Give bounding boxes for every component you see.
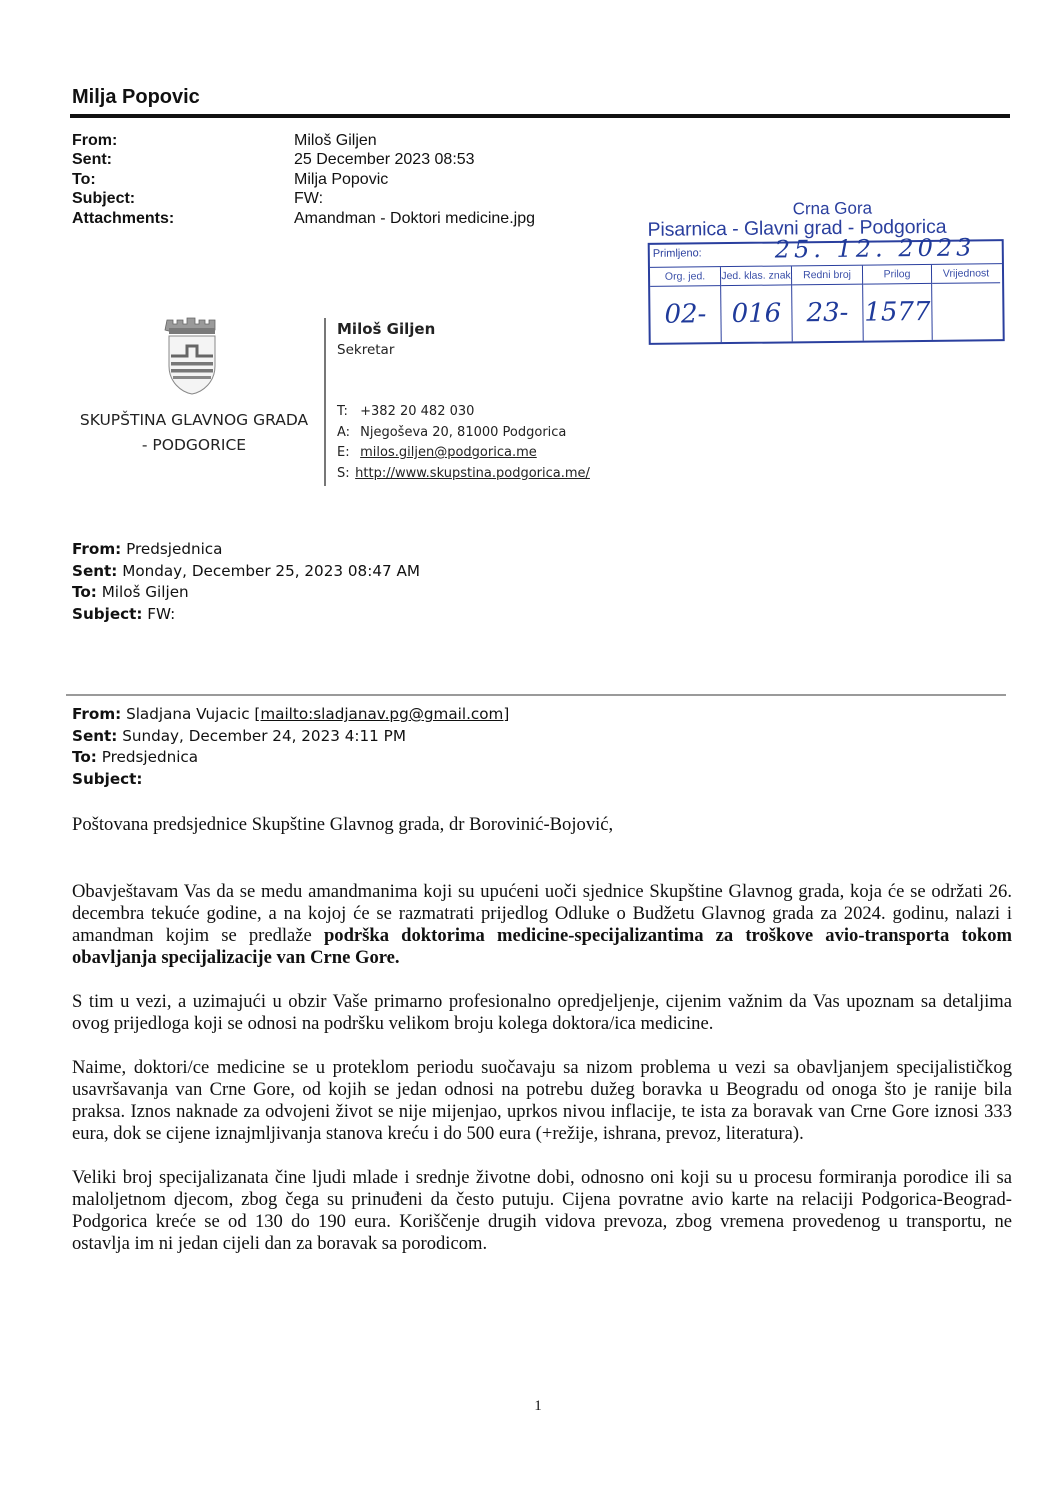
mailto-link[interactable]: [mailto:sladjanav.pg@gmail.com] (254, 705, 509, 723)
paragraph-1: Obavještavam Vas da se medu amandmanima … (72, 881, 1012, 969)
value: Predsjednica (126, 540, 222, 558)
greeting: Poštovana predsjednice Skupštine Glavnog… (72, 814, 1012, 836)
fwd1-to: To: Miloš Giljen (72, 582, 420, 604)
stamp-col-value: 1577 (863, 284, 932, 341)
stamp-col-class: Jed. klas. znak 016 (721, 266, 793, 342)
document-owner-title: Milja Popovic (72, 86, 200, 109)
contact-key: E: (337, 443, 356, 464)
label: Subject: (72, 605, 142, 623)
header-value: 25 December 2023 08:53 (294, 150, 475, 169)
fwd1-subject: Subject: FW: (72, 604, 420, 626)
paragraph-4: Veliki broj specijalizanata čine ljudi m… (72, 1167, 1012, 1255)
paragraph-2: S tim u vezi, a uzimajući u obzir Vaše p… (72, 991, 1012, 1035)
fwd2-to: To: Predsjednica (72, 747, 509, 769)
signature-role: Sekretar (337, 340, 590, 360)
value: Monday, December 25, 2023 08:47 AM (122, 562, 420, 580)
fwd1-sent: Sent: Monday, December 25, 2023 08:47 AM (72, 561, 420, 583)
stamp-col-header: Jed. klas. znak (721, 266, 791, 286)
contact-address: A: Njegoševa 20, 81000 Podgorica (337, 423, 590, 444)
top-email-headers: From: Miloš Giljen Sent: 25 December 202… (72, 131, 535, 228)
value: Sladjana Vujacic (126, 705, 250, 723)
header-label: To: (72, 170, 294, 189)
label: To: (72, 583, 97, 601)
stamp-table: Primljeno: 25. 12. 2023 Org. jed. 02- Je… (648, 239, 1005, 345)
value: Miloš Giljen (102, 583, 189, 601)
label: From: (72, 705, 121, 723)
fwd2-sent: Sent: Sunday, December 24, 2023 4:11 PM (72, 726, 509, 748)
signature-divider (324, 318, 326, 486)
stamp-col-value: 016 (721, 285, 792, 342)
contact-value: +382 20 482 030 (360, 404, 474, 419)
signature-block: Miloš Giljen Sekretar T: +382 20 482 030… (337, 318, 590, 484)
forward-headers-1: From: Predsjednica Sent: Monday, Decembe… (72, 539, 420, 625)
stamp-col-header: Org. jed. (650, 267, 720, 287)
label: Subject: (72, 770, 142, 788)
organization-name: SKUPŠTINA GLAVNOG GRADA - PODGORICE (60, 408, 328, 458)
stamp-received-date: 25. 12. 2023 (775, 233, 976, 263)
contact-key: S: (337, 464, 351, 485)
value: FW: (147, 605, 175, 623)
attachment-link[interactable]: Amandman - Doktori medicine.jpg (294, 209, 535, 228)
header-value: Milja Popovic (294, 170, 388, 189)
title-rule (70, 114, 1010, 118)
stamp-col-header: Prilog (863, 265, 931, 285)
contact-key: T: (337, 402, 356, 423)
header-label: Subject: (72, 189, 294, 208)
label: To: (72, 748, 97, 766)
value: Sunday, December 24, 2023 4:11 PM (122, 727, 406, 745)
stamp-col-value (932, 283, 1001, 340)
page-number: 1 (0, 1398, 1058, 1415)
stamp-col-header: Vrijednost (932, 264, 1000, 284)
stamp-col-header: Redni broj (792, 266, 862, 286)
contact-email: E: milos.giljen@podgorica.me (337, 443, 590, 464)
header-label: From: (72, 131, 294, 150)
message-divider (66, 694, 1006, 696)
header-value: Miloš Giljen (294, 131, 377, 150)
stamp-col-value: 02- (650, 286, 721, 343)
stamp-col-value: Vrijednost (932, 264, 1001, 340)
stamp-col-serial: Redni broj 23- (792, 266, 864, 342)
header-sent: Sent: 25 December 2023 08:53 (72, 150, 535, 169)
stamp-received-label: Primljeno: (653, 247, 702, 260)
header-label: Sent: (72, 150, 294, 169)
coat-of-arms-icon (161, 316, 223, 396)
signature-name: Miloš Giljen (337, 318, 590, 340)
registry-stamp: Crna Gora Pisarnica - Glavni grad - Podg… (647, 198, 1008, 345)
header-subject: Subject: FW: (72, 189, 535, 208)
signature-contacts: T: +382 20 482 030 A: Njegoševa 20, 8100… (337, 402, 590, 484)
label: Sent: (72, 727, 117, 745)
stamp-col-value: 23- (792, 285, 863, 342)
fwd1-from: From: Predsjednica (72, 539, 420, 561)
org-name-line1: SKUPŠTINA GLAVNOG GRADA (60, 408, 328, 433)
website-link[interactable]: http://www.skupstina.podgorica.me/ (355, 466, 590, 481)
fwd2-from: From: Sladjana Vujacic [mailto:sladjanav… (72, 704, 509, 726)
header-to: To: Milja Popovic (72, 170, 535, 189)
header-attachments: Attachments: Amandman - Doktori medicine… (72, 209, 535, 228)
header-label: Attachments: (72, 209, 294, 228)
stamp-col-attachment: Prilog 1577 (863, 265, 933, 341)
header-from: From: Miloš Giljen (72, 131, 535, 150)
label: From: (72, 540, 121, 558)
contact-value: Njegoševa 20, 81000 Podgorica (360, 425, 566, 440)
paragraph-3: Naime, doktori/ce medicine se u proteklo… (72, 1057, 1012, 1145)
contact-website: S: http://www.skupstina.podgorica.me/ (337, 464, 590, 485)
header-value: FW: (294, 189, 323, 208)
stamp-columns: Org. jed. 02- Jed. klas. znak 016 Redni … (650, 264, 1003, 343)
label: Sent: (72, 562, 117, 580)
stamp-col-org: Org. jed. 02- (650, 267, 722, 343)
fwd2-subject: Subject: (72, 769, 509, 791)
email-link[interactable]: milos.giljen@podgorica.me (360, 445, 537, 460)
org-name-line2: - PODGORICE (60, 433, 328, 458)
contact-key: A: (337, 423, 356, 444)
forward-headers-2: From: Sladjana Vujacic [mailto:sladjanav… (72, 704, 509, 790)
contact-phone: T: +382 20 482 030 (337, 402, 590, 423)
value: Predsjednica (102, 748, 198, 766)
stamp-received-row: Primljeno: 25. 12. 2023 (650, 241, 1002, 268)
letter-body: Poštovana predsjednice Skupštine Glavnog… (72, 814, 1012, 1277)
